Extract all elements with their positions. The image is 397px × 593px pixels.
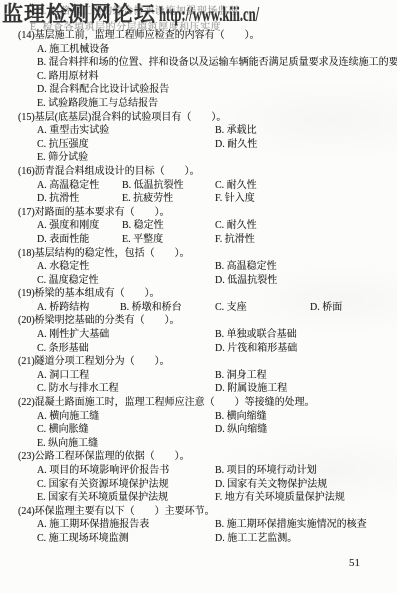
question: (22)混凝土路面施工时，监理工程师应注意（ ）等接缝的处理。A. 横向施工缝B… (0, 396, 397, 450)
option: B. 单独或联合基础 (215, 328, 397, 342)
option-row: A. 横向施工缝B. 横向缩缝 (0, 410, 397, 424)
option-row: A. 刚性扩大基础B. 单独或联合基础 (0, 328, 397, 342)
option: C. 温度稳定性 (37, 274, 215, 288)
option: E. 抗疲劳性 (122, 192, 215, 206)
option: F. 地方有关环境质量保护法规 (215, 491, 397, 505)
option: A. 重型击实试验 (37, 124, 215, 138)
option-row: C. 条形基础D. 片筏和箱形基础 (0, 342, 397, 356)
option-row: A. 施工机械设备 (0, 43, 397, 57)
option-row: E. 筛分试验 (0, 151, 397, 165)
option-row: C. 国家有关资源环境保护法规D. 国家有关文物保护法规 (0, 478, 397, 492)
option-row: B. 混合料拌和场的位置、拌和设备以及运输车辆能否满足质量要求及连续施工的要求 (0, 56, 397, 70)
option: A. 高温稳定性 (37, 179, 122, 193)
option: C. 路用原材料 (37, 71, 99, 82)
question-stem: (16)沥青混合料组成设计的目标（ ）。 (0, 165, 397, 179)
option: B. 混合料拌和场的位置、拌和设备以及运输车辆能否满足质量要求及连续施工的要求 (37, 57, 397, 68)
option: C. 条形基础 (37, 342, 215, 356)
option: C. 耐久性 (215, 219, 397, 233)
question: (19)桥梁的基本组成有（ ）。A. 桥跨结构B. 桥墩和桥台C. 支座D. 桥… (0, 287, 397, 314)
option: C. 耐久性 (215, 179, 397, 193)
option: E. 试验路段施工与总结报告 (37, 98, 158, 109)
option: F. 抗滑性 (215, 233, 397, 247)
option: A. 洞口工程 (37, 369, 215, 383)
option: C. 防水与排水工程 (37, 382, 215, 396)
scanned-exam-page: D. 对路基工程的综合排水设施加强现场监理 E. 检查各填筑层的分层填筑厚度和压… (0, 0, 397, 593)
option: D. 片筏和箱形基础 (215, 342, 397, 356)
option-row: D. 抗滑性E. 抗疲劳性F. 针入度 (0, 192, 397, 206)
option: B. 桥墩和桥台 (120, 301, 215, 315)
option-row: C. 防水与排水工程D. 附属设施工程 (0, 382, 397, 396)
option-row: A. 洞口工程B. 洞身工程 (0, 369, 397, 383)
question-stem: (15)基层(底基层)混合料的试验项目有（ ）。 (0, 111, 397, 125)
question: (23)公路工程环保监理的依据（ ）。A. 项目的环境影响评价报告书B. 项目的… (0, 450, 397, 504)
forum-watermark-name: 监理检测网论坛 (2, 2, 156, 26)
question: (20)桥梁明挖基础的分类有（ ）。A. 刚性扩大基础B. 单独或联合基础C. … (0, 314, 397, 355)
option: D. 耐久性 (215, 138, 397, 152)
option: D. 纵向缩缝 (215, 423, 397, 437)
question: (24)环保监理主要有以下（ ）主要环节。A. 施工期环保措施报告表B. 施工期… (0, 505, 397, 546)
option: E. 纵向施工缝 (37, 438, 98, 449)
option-row: A. 桥跨结构B. 桥墩和桥台C. 支座D. 桥面 (0, 301, 397, 315)
option: C. 横向胀缝 (37, 423, 215, 437)
option-row: A. 施工期环保措施报告表B. 施工期环保措施实施情况的核查 (0, 518, 397, 532)
option-row: C. 横向胀缝D. 纵向缩缝 (0, 423, 397, 437)
option: B. 低温抗裂性 (122, 179, 215, 193)
option: D. 国家有关文物保护法规 (215, 478, 397, 492)
question: (15)基层(底基层)混合料的试验项目有（ ）。A. 重型击实试验B. 承载比C… (0, 111, 397, 165)
question: (17)对路面的基本要求有（ ）。A. 强度和刚度B. 稳定性C. 耐久性D. … (0, 206, 397, 247)
option: A. 施工机械设备 (37, 44, 109, 55)
option-row: C. 路用原材料 (0, 70, 397, 84)
option: D. 混合料配合比设计试验报告 (37, 84, 169, 95)
option: C. 国家有关资源环境保护法规 (37, 478, 215, 492)
option: A. 强度和刚度 (37, 219, 122, 233)
option: E. 平整度 (122, 233, 215, 247)
option: A. 施工期环保措施报告表 (37, 518, 215, 532)
option: B. 项目的环境行动计划 (215, 464, 397, 478)
option: A. 刚性扩大基础 (37, 328, 215, 342)
option-row: A. 项目的环境影响评价报告书B. 项目的环境行动计划 (0, 464, 397, 478)
option-row: E. 纵向施工缝 (0, 437, 397, 451)
question-stem: (23)公路工程环保监理的依据（ ）。 (0, 450, 397, 464)
option-row: D. 混合料配合比设计试验报告 (0, 83, 397, 97)
question-stem: (14)基层施工前，监理工程师应检查的内容有（ ）。 (0, 29, 397, 43)
option: B. 承载比 (215, 124, 397, 138)
option-row: A. 强度和刚度B. 稳定性C. 耐久性 (0, 219, 397, 233)
option: E. 筛分试验 (37, 152, 88, 163)
option: B. 高温稳定性 (215, 260, 397, 274)
option: D. 表面性能 (37, 233, 122, 247)
option: A. 项目的环境影响评价报告书 (37, 464, 215, 478)
option-row: A. 重型击实试验B. 承载比 (0, 124, 397, 138)
option: A. 水稳定性 (37, 260, 215, 274)
option: A. 桥跨结构 (37, 301, 120, 315)
option-row: E. 国家有关环境质量保护法规F. 地方有关环境质量保护法规 (0, 491, 397, 505)
option: D. 低温抗裂性 (215, 274, 397, 288)
option: C. 抗压强度 (37, 138, 215, 152)
option-row: A. 水稳定性B. 高温稳定性 (0, 260, 397, 274)
option: D. 附属设施工程 (215, 382, 397, 396)
question: (14)基层施工前，监理工程师应检查的内容有（ ）。A. 施工机械设备B. 混合… (0, 29, 397, 111)
option: B. 施工期环保措施实施情况的核查 (215, 518, 397, 532)
option: C. 施工现场环境监测 (37, 532, 215, 546)
option: A. 横向施工缝 (37, 410, 215, 424)
option-row: C. 抗压强度D. 耐久性 (0, 138, 397, 152)
question-stem: (17)对路面的基本要求有（ ）。 (0, 206, 397, 220)
option: B. 横向缩缝 (215, 410, 397, 424)
option-row: A. 高温稳定性B. 低温抗裂性C. 耐久性 (0, 179, 397, 193)
question-stem: (22)混凝土路面施工时，监理工程师应注意（ ）等接缝的处理。 (0, 396, 397, 410)
option: B. 稳定性 (122, 219, 215, 233)
option: B. 洞身工程 (215, 369, 397, 383)
option-row: D. 表面性能E. 平整度F. 抗滑性 (0, 233, 397, 247)
forum-watermark: 监理检测网论坛http://www.kiii.cn/ (2, 0, 326, 28)
option: E. 国家有关环境质量保护法规 (37, 491, 215, 505)
question-stem: (20)桥梁明挖基础的分类有（ ）。 (0, 314, 397, 328)
option: C. 支座 (215, 301, 310, 315)
option: D. 施工工艺监测。 (215, 532, 397, 546)
question-stem: (24)环保监理主要有以下（ ）主要环节。 (0, 505, 397, 519)
questions: (14)基层施工前，监理工程师应检查的内容有（ ）。A. 施工机械设备B. 混合… (0, 29, 397, 546)
question: (16)沥青混合料组成设计的目标（ ）。A. 高温稳定性B. 低温抗裂性C. 耐… (0, 165, 397, 206)
question-stem: (19)桥梁的基本组成有（ ）。 (0, 287, 397, 301)
option-row: C. 温度稳定性D. 低温抗裂性 (0, 274, 397, 288)
question: (18)基层结构的稳定性，包括（ ）。A. 水稳定性B. 高温稳定性C. 温度稳… (0, 247, 397, 288)
option: D. 桥面 (310, 301, 397, 315)
question-stem: (18)基层结构的稳定性，包括（ ）。 (0, 247, 397, 261)
option-row: E. 试验路段施工与总结报告 (0, 97, 397, 111)
question: (21)隧道分项工程划分为（ ）。A. 洞口工程B. 洞身工程C. 防水与排水工… (0, 355, 397, 396)
forum-watermark-url: http://www.kiii.cn/ (159, 2, 259, 27)
option: D. 抗滑性 (37, 192, 122, 206)
question-stem: (21)隧道分项工程划分为（ ）。 (0, 355, 397, 369)
option: F. 针入度 (215, 192, 397, 206)
option-row: C. 施工现场环境监测D. 施工工艺监测。 (0, 532, 397, 546)
page-number: 51 (349, 557, 360, 569)
